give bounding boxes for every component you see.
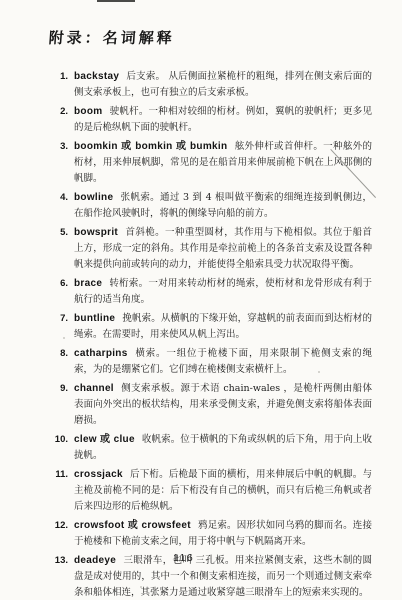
glossary-entry: 8. catharpins横索。一组位于桅楼下面，用来限制下桅侧支索的绳索，为的… [48, 346, 372, 378]
entry-body: bowline张帆索。通过 3 到 4 根叫做平衡索的细绳连接到帆侧边，在船作抢… [74, 190, 372, 222]
entry-definition: 张帆索。通过 3 到 4 根叫做平衡索的细绳连接到帆侧边，在船作抢风驶帆时，将帆… [74, 192, 372, 219]
entry-body: boom驶帆杆。一种相对较细的桁材。例如，翼帆的驶帆杆；更多见的是后桅纵帆下面的… [74, 104, 372, 136]
entry-body: channel侧支索承板。源于术语 chain-wales ，是桅杆两侧由船体表… [74, 381, 372, 429]
entry-definition: 侧支索承板。源于术语 chain-wales ，是桅杆两侧由船体表面向外突出的板… [74, 383, 372, 426]
entry-number: 6. [48, 276, 74, 292]
entry-number: 4. [48, 190, 74, 206]
page-title: 附录：名词解释 [48, 27, 374, 49]
glossary-entry: 4. bowline张帆索。通过 3 到 4 根叫做平衡索的细绳连接到帆侧边，在… [48, 190, 372, 222]
glossary-entry: 3. boomkin 或 bomkin 或 bumkin舷外伸杆或首伸杆。一种舷… [48, 139, 372, 187]
entry-term: clew 或 clue [74, 434, 135, 445]
glossary-list: 1. backstay后支索。 从后侧面拉紧桅杆的粗绳，排列在侧支索后面的侧支索… [48, 69, 372, 600]
entry-number: 11. [48, 467, 74, 483]
entry-number: 8. [48, 346, 74, 362]
entry-number: 1. [48, 69, 74, 85]
entry-body: boomkin 或 bomkin 或 bumkin舷外伸杆或首伸杆。一种舷外的桁… [74, 139, 372, 187]
entry-body: catharpins横索。一组位于桅楼下面，用来限制下桅侧支索的绳索，为的是绷紧… [74, 346, 372, 378]
entry-number: 2. [48, 104, 74, 120]
entry-number: 5. [48, 225, 74, 241]
entry-definition: 转桁索。一对用来转动桁材的绳索，使桁材和龙骨形成有利于航行的适当角度。 [74, 278, 372, 305]
entry-body: bowsprit首斜桅。一种重型圆材，其作用与下桅相似。其位于船首上方，形成一定… [74, 225, 372, 273]
glossary-entry: 12. crowsfoot 或 crowsfeet鸦足索。因形状如同乌鸦的脚而名… [48, 518, 372, 550]
glossary-entry: 11. crossjack后下桁。后桅最下面的横桁，用来伸展后中帆的帆脚。与主桅… [48, 467, 372, 515]
entry-number: 9. [48, 381, 74, 397]
glossary-entry: 10. clew 或 clue收帆索。位于横帆的下角或纵帆的后下角，用于向上收拢… [48, 432, 372, 464]
glossary-entry: 6. brace转桁索。一对用来转动桁材的绳索，使桁材和龙骨形成有利于航行的适当… [48, 276, 372, 308]
entry-term: crossjack [74, 469, 123, 480]
entry-term: boomkin 或 bomkin 或 bumkin [74, 141, 227, 152]
scanned-document-page: 附录：名词解释 1. backstay后支索。 从后侧面拉紧桅杆的粗绳，排列在侧… [0, 0, 402, 600]
entry-definition: 挽帆索。从横帆的下缘开始，穿越帆的前表面而到达桁材的绳索。在需要时，用来使风从帆… [74, 313, 372, 340]
entry-number: 10. [48, 432, 74, 448]
entry-term: catharpins [74, 348, 128, 359]
entry-body: crossjack后下桁。后桅最下面的横桁，用来伸展后中帆的帆脚。与主桅及前桅不… [74, 467, 372, 515]
entry-body: brace转桁索。一对用来转动桁材的绳索，使桁材和龙骨形成有利于航行的适当角度。 [74, 276, 372, 308]
entry-term: backstay [74, 71, 119, 82]
entry-body: buntline挽帆索。从横帆的下缘开始，穿越帆的前表面而到达桁材的绳索。在需要… [74, 311, 372, 343]
glossary-entry: 2. boom驶帆杆。一种相对较细的桁材。例如，翼帆的驶帆杆；更多见的是后桅纵帆… [48, 104, 372, 136]
entry-term: buntline [74, 313, 115, 324]
glossary-entry: 1. backstay后支索。 从后侧面拉紧桅杆的粗绳，排列在侧支索后面的侧支索… [48, 69, 372, 101]
entry-number: 13. [48, 553, 74, 569]
page-number: 116 [173, 552, 194, 564]
glossary-entry: 9. channel侧支索承板。源于术语 chain-wales ，是桅杆两侧由… [48, 381, 372, 429]
entry-term: boom [74, 106, 102, 117]
entry-term: bowsprit [74, 227, 118, 238]
page-content: 附录：名词解释 1. backstay后支索。 从后侧面拉紧桅杆的粗绳，排列在侧… [0, 0, 402, 600]
entry-definition: 首斜桅。一种重型圆材，其作用与下桅相似。其位于船首上方，形成一定的斜角。其作用是… [74, 227, 372, 270]
glossary-entry: 13. deadeye三眼滑车，也叫 三孔板。用来拉紧侧支索，这些木制的圆盘是成… [48, 553, 372, 600]
entry-term: crowsfoot 或 crowsfeet [74, 520, 191, 531]
entry-body: clew 或 clue收帆索。位于横帆的下角或纵帆的后下角，用于向上收拢帆。 [74, 432, 372, 464]
entry-definition: 三眼滑车，也叫 三孔板。用来拉紧侧支索，这些木制的圆盘是成对使用的，其中一个和侧… [74, 555, 372, 598]
glossary-entry: 7. buntline挽帆索。从横帆的下缘开始，穿越帆的前表面而到达桁材的绳索。… [48, 311, 372, 343]
entry-number: 3. [48, 139, 74, 155]
entry-definition: 驶帆杆。一种相对较细的桁材。例如，翼帆的驶帆杆；更多见的是后桅纵帆下面的驶帆杆。 [74, 106, 372, 133]
entry-term: deadeye [74, 555, 116, 566]
entry-body: deadeye三眼滑车，也叫 三孔板。用来拉紧侧支索，这些木制的圆盘是成对使用的… [74, 553, 372, 600]
entry-term: channel [74, 383, 114, 394]
glossary-entry: 5. bowsprit首斜桅。一种重型圆材，其作用与下桅相似。其位于船首上方，形… [48, 225, 372, 273]
entry-term: brace [74, 278, 102, 289]
entry-number: 7. [48, 311, 74, 327]
entry-term: bowline [74, 192, 113, 203]
entry-body: crowsfoot 或 crowsfeet鸦足索。因形状如同乌鸦的脚而名。连接于… [74, 518, 372, 550]
entry-body: backstay后支索。 从后侧面拉紧桅杆的粗绳，排列在侧支索后面的侧支索承板上… [74, 69, 372, 101]
entry-number: 12. [48, 518, 74, 534]
